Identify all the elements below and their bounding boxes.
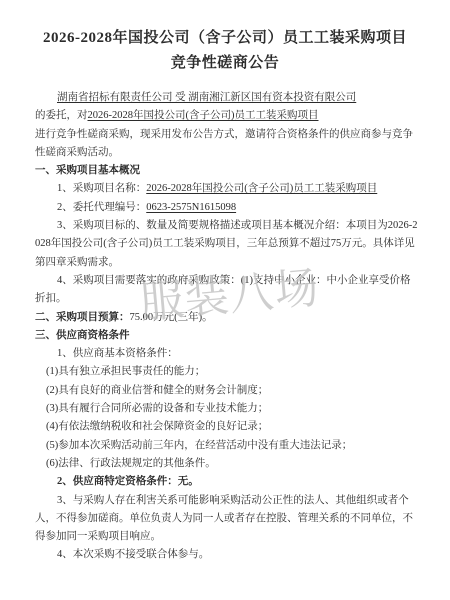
intro-invitation-text: 进行竞争性磋商采购，现采用发布公告方式，邀请符合资格条件的供应商参与竞争性磋商采… (35, 129, 413, 158)
section1-heading: 一、采购项目基本概况 (35, 162, 419, 180)
document-title-line1: 2026-2028年国投公司（含子公司）员工工装采购项目 (28, 26, 422, 51)
section3-item1-heading: 1、供应商基本资格条件： (35, 345, 419, 363)
project-name-label: 1、采购项目名称： (57, 183, 146, 194)
document-title-line2: 竞争性磋商公告 (28, 51, 422, 76)
section2-heading: 二、采购项目预算：75.00万元(三年)。 (35, 309, 419, 327)
document-body: 湖南省招标有限责任公司 受 湖南湘江新区国有资本投资有限公司的委托，对2026-… (35, 89, 419, 565)
project-name-value: 2026-2028年国投公司(含子公司)员工工装采购项目 (146, 183, 377, 194)
basic-condition-5: (5)参加本次采购活动前三年内，在经营活动中没有重大违法记录； (35, 437, 419, 455)
intro-project-name: 2026-2028年国投公司(含子公司)员工工装采购项目 (88, 110, 319, 121)
agency-code-value: 0623-2575N1615098 (146, 202, 236, 213)
basic-condition-1: (1)具有独立承担民事责任的能力； (35, 363, 419, 381)
section1-item4-policy: 4、采购项目需要落实的政府采购政策：(1)支持中小企业：中小企业享受价格折扣。 (35, 272, 419, 309)
announcement-page: 2026-2028年国投公司（含子公司）员工工装采购项目 竞争性磋商公告 湖南省… (0, 0, 450, 600)
section3-item2-specific-conditions: 2、供应商特定资格条件：无。 (35, 473, 419, 491)
section1-item3-project-overview: 3、采购项目标的、数量及简要规格描述或项目基本概况介绍：本项目为2026-202… (35, 217, 419, 272)
section1-item2: 2、委托代理编号：0623-2575N1615098 (35, 199, 419, 217)
basic-condition-2: (2)具有良好的商业信誉和健全的财务会计制度； (35, 382, 419, 400)
section3-item4-no-consortium: 4、本次采购不接受联合体参与。 (35, 546, 419, 564)
budget-value: 75.00万元(三年)。 (130, 312, 213, 323)
section3-heading: 三、供应商资格条件 (35, 327, 419, 345)
basic-condition-6: (6)法律、行政法规规定的其他条件。 (35, 455, 419, 473)
intro-entrust-text: 的委托，对 (35, 110, 88, 121)
section3-item3-conflict-of-interest: 3、与采购人存在利害关系可能影响采购活动公正性的法人、其他组织或者个人，不得参加… (35, 492, 419, 547)
document-title: 2026-2028年国投公司（含子公司）员工工装采购项目 竞争性磋商公告 (28, 26, 422, 76)
basic-condition-3: (3)具有履行合同所必需的设备和专业技术能力； (35, 400, 419, 418)
agency-code-label: 2、委托代理编号： (57, 202, 146, 213)
section1-item1: 1、采购项目名称：2026-2028年国投公司(含子公司)员工工装采购项目 (35, 180, 419, 198)
basic-condition-4: (4)有依法缴纳税收和社会保障资金的良好记录； (35, 418, 419, 436)
intro-agency-names: 湖南省招标有限责任公司 受 湖南湘江新区国有资本投资有限公司 (57, 92, 356, 103)
intro-paragraph: 湖南省招标有限责任公司 受 湖南湘江新区国有资本投资有限公司的委托，对2026-… (35, 89, 419, 162)
budget-label: 二、采购项目预算： (35, 312, 130, 323)
